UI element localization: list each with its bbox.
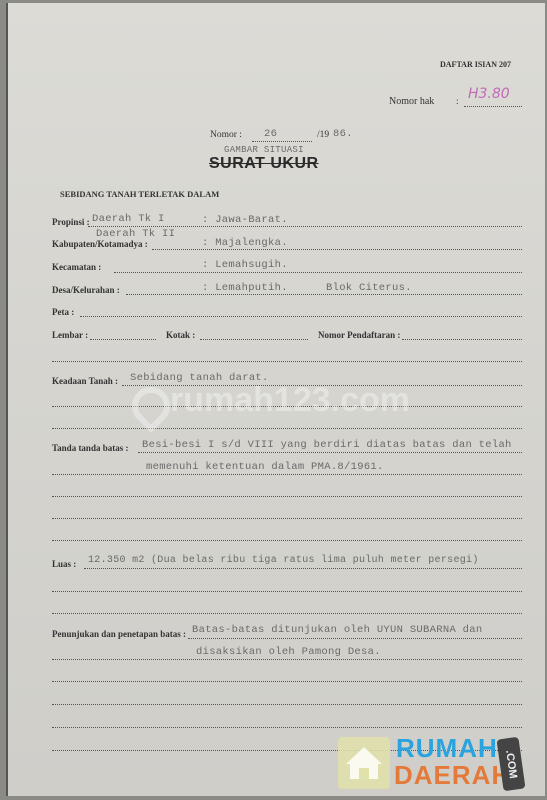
year-prefix: /19 (317, 130, 329, 140)
dotted-line (114, 272, 522, 273)
dotted-line (84, 568, 522, 569)
kabupaten-value: : Majalengka. (202, 237, 288, 249)
dotted-line (200, 339, 308, 340)
dotted-line (52, 704, 522, 705)
propinsi-prefix: Daerah Tk I (92, 213, 165, 225)
dotted-line (52, 681, 522, 682)
dotted-line (80, 316, 522, 317)
dotted-line (52, 540, 522, 541)
house-logo-icon (338, 737, 390, 789)
dotted-line (464, 106, 522, 107)
kecamatan-label: Kecamatan : (52, 262, 101, 272)
dotted-line (88, 226, 522, 227)
colon: : (456, 96, 459, 106)
dotted-line (52, 659, 522, 660)
kecamatan-value: : Lemahsugih. (202, 259, 288, 271)
dotted-line (126, 294, 522, 295)
dotted-line (52, 518, 522, 519)
dotted-line (52, 474, 522, 475)
nomor-value: 26 (264, 128, 277, 140)
kotak-label: Kotak : (166, 330, 195, 340)
nomor-hak-label: Nomor hak (389, 96, 434, 107)
dotted-line (188, 638, 522, 639)
form-code: DAFTAR ISIAN 207 (440, 60, 511, 69)
penunjukan-label: Penunjukan dan penetapan batas : (52, 629, 186, 639)
tanda-batas-line1: Besi-besi I s/d VIII yang berdiri diatas… (142, 439, 512, 451)
desa-label: Desa/Kelurahan : (52, 285, 120, 295)
dotted-line (52, 428, 522, 429)
typed-title: GAMBAR SITUASI (224, 145, 304, 155)
dotted-line (402, 339, 522, 340)
kabupaten-label: Kabupaten/Kotamadya : (52, 239, 148, 249)
tanda-batas-line2: memenuhi ketentuan dalam PMA.8/1961. (146, 461, 384, 473)
desa-value: : Lemahputih. (202, 282, 288, 294)
desa-extra: Blok Citerus. (326, 282, 412, 294)
luas-value: 12.350 m2 (Dua belas ribu tiga ratus lim… (88, 555, 479, 566)
tanda-batas-label: Tanda tanda batas : (52, 443, 128, 453)
year-value: 86. (333, 128, 353, 140)
printed-title: SURAT UKUR (209, 155, 319, 173)
nomor-label: Nomor : (210, 130, 242, 140)
propinsi-value: : Jawa-Barat. (202, 214, 288, 226)
logo-daerah-text: DAERAH (394, 760, 511, 791)
subtitle: SEBIDANG TANAH TERLETAK DALAM (60, 189, 219, 199)
form-paper: DAFTAR ISIAN 207 Nomor hak : H3.80 Nomor… (6, 3, 545, 796)
lembar-label: Lembar : (52, 330, 88, 340)
dotted-line (90, 339, 156, 340)
dotted-line (52, 361, 522, 362)
peta-label: Peta : (52, 307, 74, 317)
propinsi-label: Propinsi : (52, 217, 90, 227)
dotted-line (52, 613, 522, 614)
dotted-line (152, 249, 522, 250)
nomor-hak-value: H3.80 (468, 86, 510, 102)
dotted-line (252, 141, 312, 142)
nomor-pendaftaran-label: Nomor Pendaftaran : (318, 330, 400, 340)
dotted-line (138, 452, 522, 453)
watermark-rumah123: rumah123.com (170, 381, 410, 420)
penunjukan-line2: disaksikan oleh Pamong Desa. (196, 646, 381, 658)
dotted-line (52, 591, 522, 592)
keadaan-tanah-label: Keadaan Tanah : (52, 376, 118, 386)
luas-label: Luas : (52, 559, 76, 569)
dotted-line (52, 496, 522, 497)
penunjukan-line1: Batas-batas ditunjukan oleh UYUN SUBARNA… (192, 624, 482, 636)
dotted-line (52, 727, 522, 728)
